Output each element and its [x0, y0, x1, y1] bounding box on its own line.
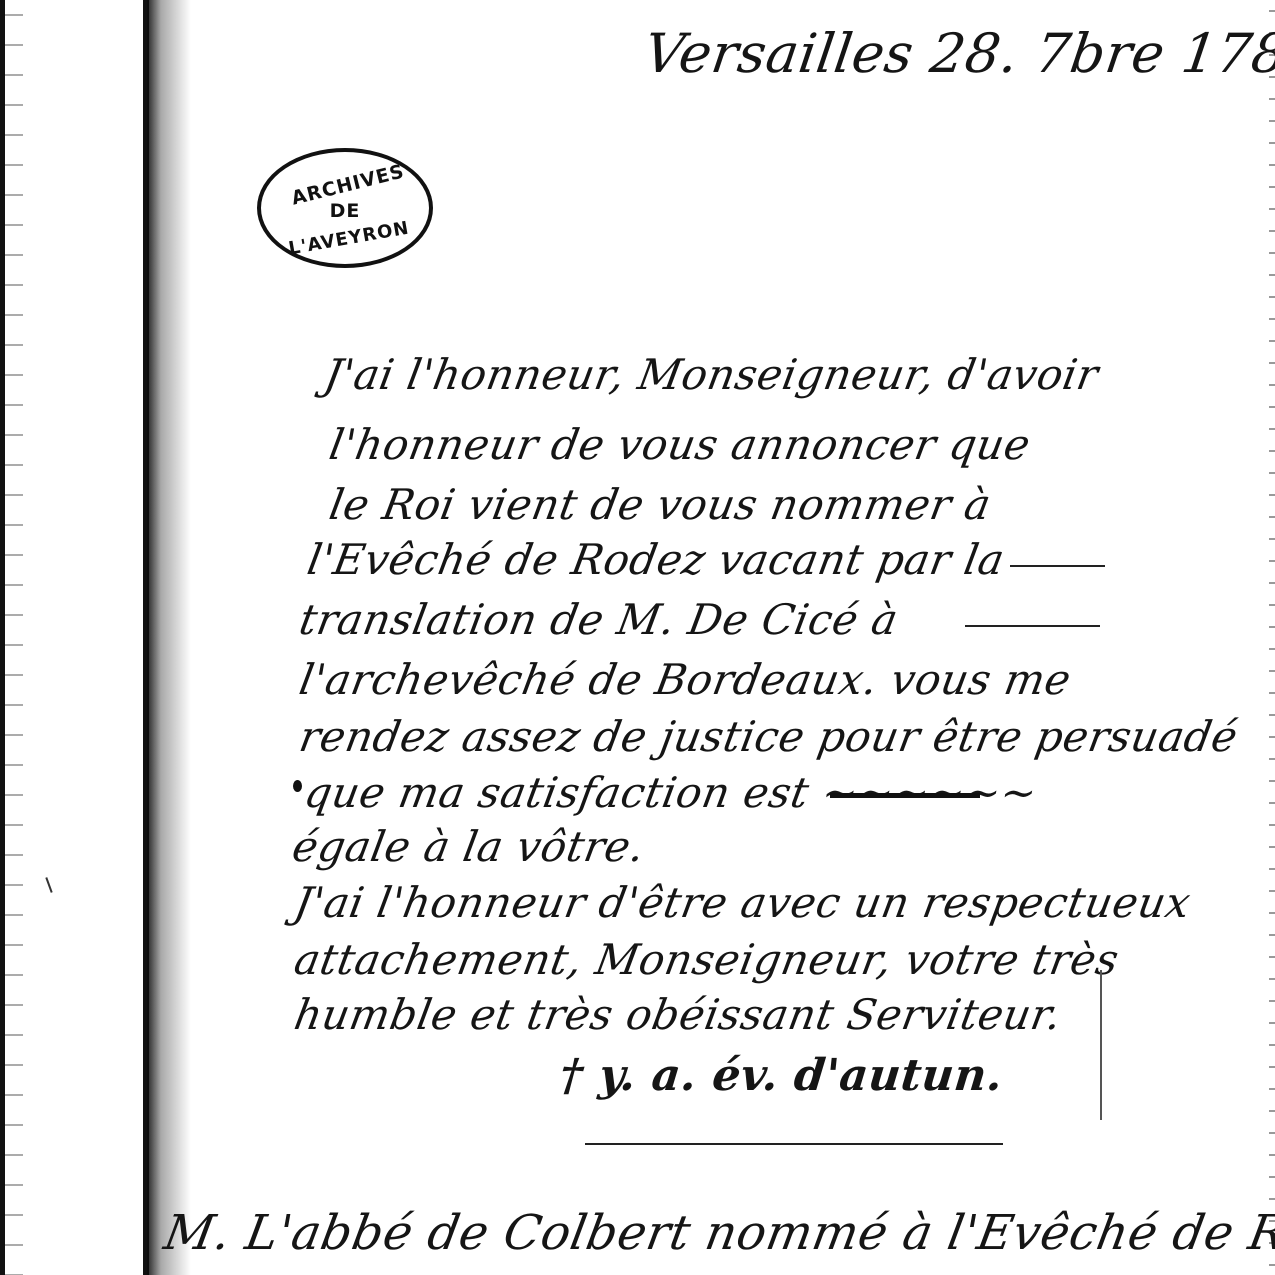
body-line-3: le Roi vient de vous nommer à [326, 480, 995, 529]
body-line-7: rendez assez de justice pour être persua… [296, 712, 1242, 761]
addressee-line: M. L'abbé de Colbert nommé à l'Evêché de… [160, 1205, 1275, 1261]
line-filler-rule [965, 625, 1100, 627]
margin-bracket [1100, 970, 1102, 1120]
binding-shadow [143, 0, 191, 1275]
archive-stamp: ARCHIVES DE L'AVEYRON [257, 148, 433, 268]
body-line-1: J'ai l'honneur, Monseigneur, d'avoir [321, 350, 1103, 399]
struck-out-word [830, 793, 980, 798]
signature-rule [585, 1143, 1003, 1145]
closing-line-3: humble et très obéissant Serviteur. [291, 990, 1066, 1039]
dateline: Versailles 28. 7bre 1781. [641, 22, 1275, 85]
scan-edge-speckle [5, 0, 23, 1275]
signature: † y. a. év. d'autun. [557, 1050, 1005, 1101]
line-filler-rule [1010, 565, 1105, 567]
ink-blot [293, 780, 302, 792]
closing-line-2: attachement, Monseigneur, votre très [291, 935, 1123, 984]
body-line-5: translation de M. De Cicé à [296, 595, 902, 644]
document-page: Versailles 28. 7bre 1781. ARCHIVES DE L'… [0, 0, 1275, 1275]
body-line-4: l'Evêché de Rodez vacant par la [304, 535, 1009, 584]
closing-line-1: J'ai l'honneur d'être avec un respectueu… [291, 878, 1195, 927]
scan-right-edge [1269, 0, 1275, 1275]
body-line-9: égale à la vôtre. [289, 822, 649, 871]
body-line-6: l'archevêché de Bordeaux. vous me [296, 655, 1075, 704]
margin-mark [45, 877, 52, 893]
body-line-2: l'honneur de vous annoncer que [326, 420, 1035, 469]
